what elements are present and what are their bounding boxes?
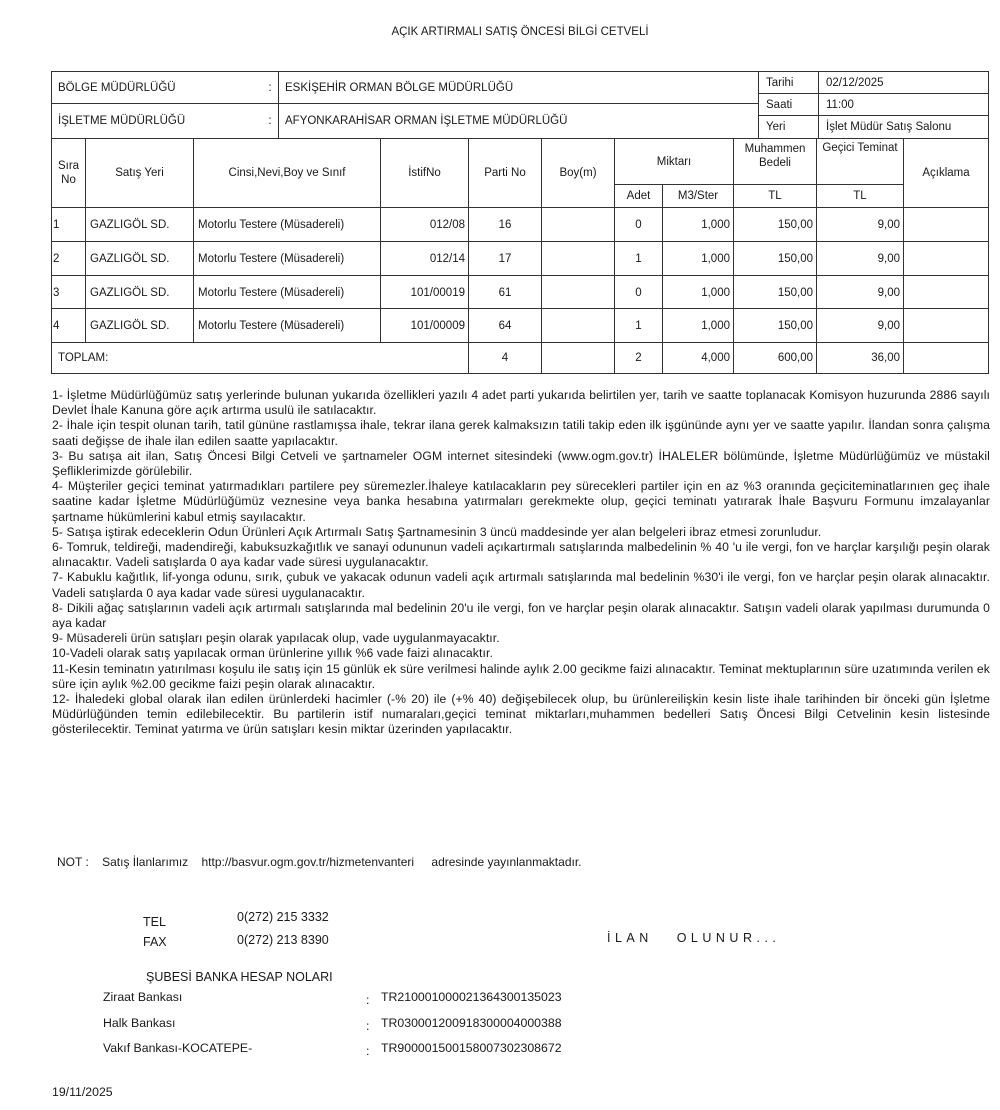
bank-separator: : <box>366 1044 369 1058</box>
col-boy: Boy(m) <box>542 139 614 207</box>
cell-parti: 61 <box>469 276 541 309</box>
total-m3: 4,000 <box>663 343 733 373</box>
term-item: 10-Vadeli olarak satış yapılacak orman ü… <box>52 646 990 661</box>
note-text-before: Satış İlanlarımız <box>102 855 188 869</box>
cell-aciklama <box>904 309 988 342</box>
term-item: 12- İhaledeki global olarak ilan edilen … <box>52 692 990 738</box>
isletme-separator: : <box>262 104 278 138</box>
cell-cinsi: Motorlu Testere (Müsadereli) <box>194 208 380 241</box>
cell-gecici: 9,00 <box>817 242 903 275</box>
tel-label: TEL <box>143 915 166 929</box>
cell-gecici: 9,00 <box>817 309 903 342</box>
term-item: 7- Kabuklu kağıtlık, lif-yonga odunu, sı… <box>52 570 990 600</box>
cell-adet: 0 <box>615 208 662 241</box>
term-item: 2- İhale için tespit olunan tarih, tatil… <box>52 418 990 448</box>
bank-name: Halk Bankası <box>103 1016 175 1030</box>
cell-muhammen: 150,00 <box>734 309 816 342</box>
total-gecici: 36,00 <box>817 343 903 373</box>
term-item: 11-Kesin teminatın yatırılması koşulu il… <box>52 662 990 692</box>
col-miktari: Miktarı <box>615 139 733 184</box>
term-item: 5- Satışa iştirak edeceklerin Odun Ürünl… <box>52 525 990 540</box>
cell-boy <box>542 309 614 342</box>
col-adet: Adet <box>615 185 662 207</box>
col-cinsi: Cinsi,Nevi,Boy ve Sınıf <box>194 139 380 207</box>
note-line: NOT : Satış İlanlarımız http://basvur.og… <box>57 855 592 869</box>
saat-value: 11:00 <box>822 94 988 115</box>
document-title: AÇIK ARTIRMALI SATIŞ ÖNCESİ BİLGİ CETVEL… <box>0 26 1000 38</box>
cell-m3: 1,000 <box>663 208 733 241</box>
note-label: NOT : <box>57 855 89 869</box>
col-istif-no: İstifNo <box>381 139 468 207</box>
col-satis-yeri: Satış Yeri <box>86 139 193 207</box>
cell-parti: 17 <box>469 242 541 275</box>
col-aciklama: Açıklama <box>904 139 988 207</box>
cell-sira: 3 <box>52 276 85 309</box>
fax-value: 0(272) 213 8390 <box>237 933 329 947</box>
col-m3-ster: M3/Ster <box>663 185 733 207</box>
bank-separator: : <box>366 1019 369 1033</box>
term-item: 1- İşletme Müdürlüğümüz satış yerlerinde… <box>52 388 990 418</box>
bank-iban: TR210001000021364300135023 <box>381 990 562 1004</box>
term-item: 9- Müsadereli ürün satışları peşin olara… <box>52 631 990 646</box>
bank-name: Ziraat Bankası <box>103 990 182 1004</box>
announcement-text: İLAN OLUNUR... <box>607 931 780 945</box>
cell-adet: 0 <box>615 276 662 309</box>
col-muhammen-unit: TL <box>734 185 816 207</box>
term-item: 3- Bu satışa ait ilan, Satış Öncesi Bilg… <box>52 449 990 479</box>
cell-cinsi: Motorlu Testere (Müsadereli) <box>194 309 380 342</box>
cell-satis-yeri: GAZLIGÖL SD. <box>86 276 193 309</box>
cell-adet: 1 <box>615 309 662 342</box>
footer-date: 19/11/2025 <box>52 1085 113 1099</box>
cell-boy <box>542 208 614 241</box>
cell-muhammen: 150,00 <box>734 208 816 241</box>
isletme-value: AFYONKARAHİSAR ORMAN İŞLETME MÜDÜRLÜĞÜ <box>281 104 751 138</box>
cell-boy <box>542 242 614 275</box>
cell-aciklama <box>904 208 988 241</box>
tarih-value: 02/12/2025 <box>822 72 988 93</box>
cell-m3: 1,000 <box>663 242 733 275</box>
saat-label: Saati <box>762 94 818 115</box>
cell-aciklama <box>904 242 988 275</box>
term-item: 6- Tomruk, teldireği, madendireği, kabuk… <box>52 540 990 570</box>
terms-list: 1- İşletme Müdürlüğümüz satış yerlerinde… <box>52 388 990 738</box>
cell-istif: 012/14 <box>381 242 468 275</box>
tel-value: 0(272) 215 3332 <box>237 910 329 924</box>
cell-satis-yeri: GAZLIGÖL SD. <box>86 242 193 275</box>
col-parti-no: Parti No <box>469 139 541 207</box>
total-adet: 2 <box>615 343 662 373</box>
cell-satis-yeri: GAZLIGÖL SD. <box>86 208 193 241</box>
cell-muhammen: 150,00 <box>734 242 816 275</box>
cell-boy <box>542 276 614 309</box>
col-muhammen: Muhammen Bedeli <box>734 142 816 180</box>
cell-m3: 1,000 <box>663 276 733 309</box>
bank-iban: TR030001200918300004000388 <box>381 1016 562 1030</box>
cell-sira: 2 <box>52 242 85 275</box>
bolge-separator: : <box>262 72 278 103</box>
cell-parti: 64 <box>469 309 541 342</box>
cell-cinsi: Motorlu Testere (Müsadereli) <box>194 242 380 275</box>
bank-separator: : <box>366 993 369 1007</box>
note-text-after: adresinde yayınlanmaktadır. <box>431 855 581 869</box>
cell-istif: 012/08 <box>381 208 468 241</box>
bank-iban: TR900001500158007302308672 <box>381 1041 562 1055</box>
cell-cinsi: Motorlu Testere (Müsadereli) <box>194 276 380 309</box>
cell-m3: 1,000 <box>663 309 733 342</box>
yer-label: Yeri <box>762 116 818 138</box>
term-item: 8- Dikili ağaç satışlarının vadeli açık … <box>52 601 990 631</box>
bolge-label: BÖLGE MÜDÜRLÜĞÜ <box>54 72 254 103</box>
cell-adet: 1 <box>615 242 662 275</box>
col-gecici-teminat: Geçici Teminat <box>817 142 903 166</box>
fax-label: FAX <box>143 935 167 949</box>
cell-muhammen: 150,00 <box>734 276 816 309</box>
cell-istif: 101/00009 <box>381 309 468 342</box>
col-sira-no: Sıra No <box>52 139 85 207</box>
total-parti: 4 <box>469 343 541 373</box>
bolge-value: ESKİŞEHİR ORMAN BÖLGE MÜDÜRLÜĞÜ <box>281 72 751 103</box>
bank-name: Vakıf Bankası-KOCATEPE- <box>103 1041 252 1055</box>
cell-gecici: 9,00 <box>817 276 903 309</box>
cell-gecici: 9,00 <box>817 208 903 241</box>
total-label: TOPLAM: <box>54 343 454 373</box>
col-gecici-unit: TL <box>817 185 903 207</box>
total-muhammen: 600,00 <box>734 343 816 373</box>
cell-aciklama <box>904 276 988 309</box>
cell-satis-yeri: GAZLIGÖL SD. <box>86 309 193 342</box>
cell-istif: 101/00019 <box>381 276 468 309</box>
cell-sira: 4 <box>52 309 85 342</box>
yer-value: İşlet Müdür Satış Salonu <box>822 116 988 138</box>
tarih-label: Tarihi <box>762 72 818 93</box>
note-url[interactable]: http://basvur.ogm.gov.tr/hizmetenvanteri <box>202 855 415 869</box>
bank-accounts-title: ŞUBESİ BANKA HESAP NOLARI <box>146 970 333 984</box>
cell-sira: 1 <box>52 208 85 241</box>
cell-parti: 16 <box>469 208 541 241</box>
isletme-label: İŞLETME MÜDÜRLÜĞÜ <box>54 104 254 138</box>
term-item: 4- Müşteriler geçici teminat yatırmadıkl… <box>52 479 990 525</box>
